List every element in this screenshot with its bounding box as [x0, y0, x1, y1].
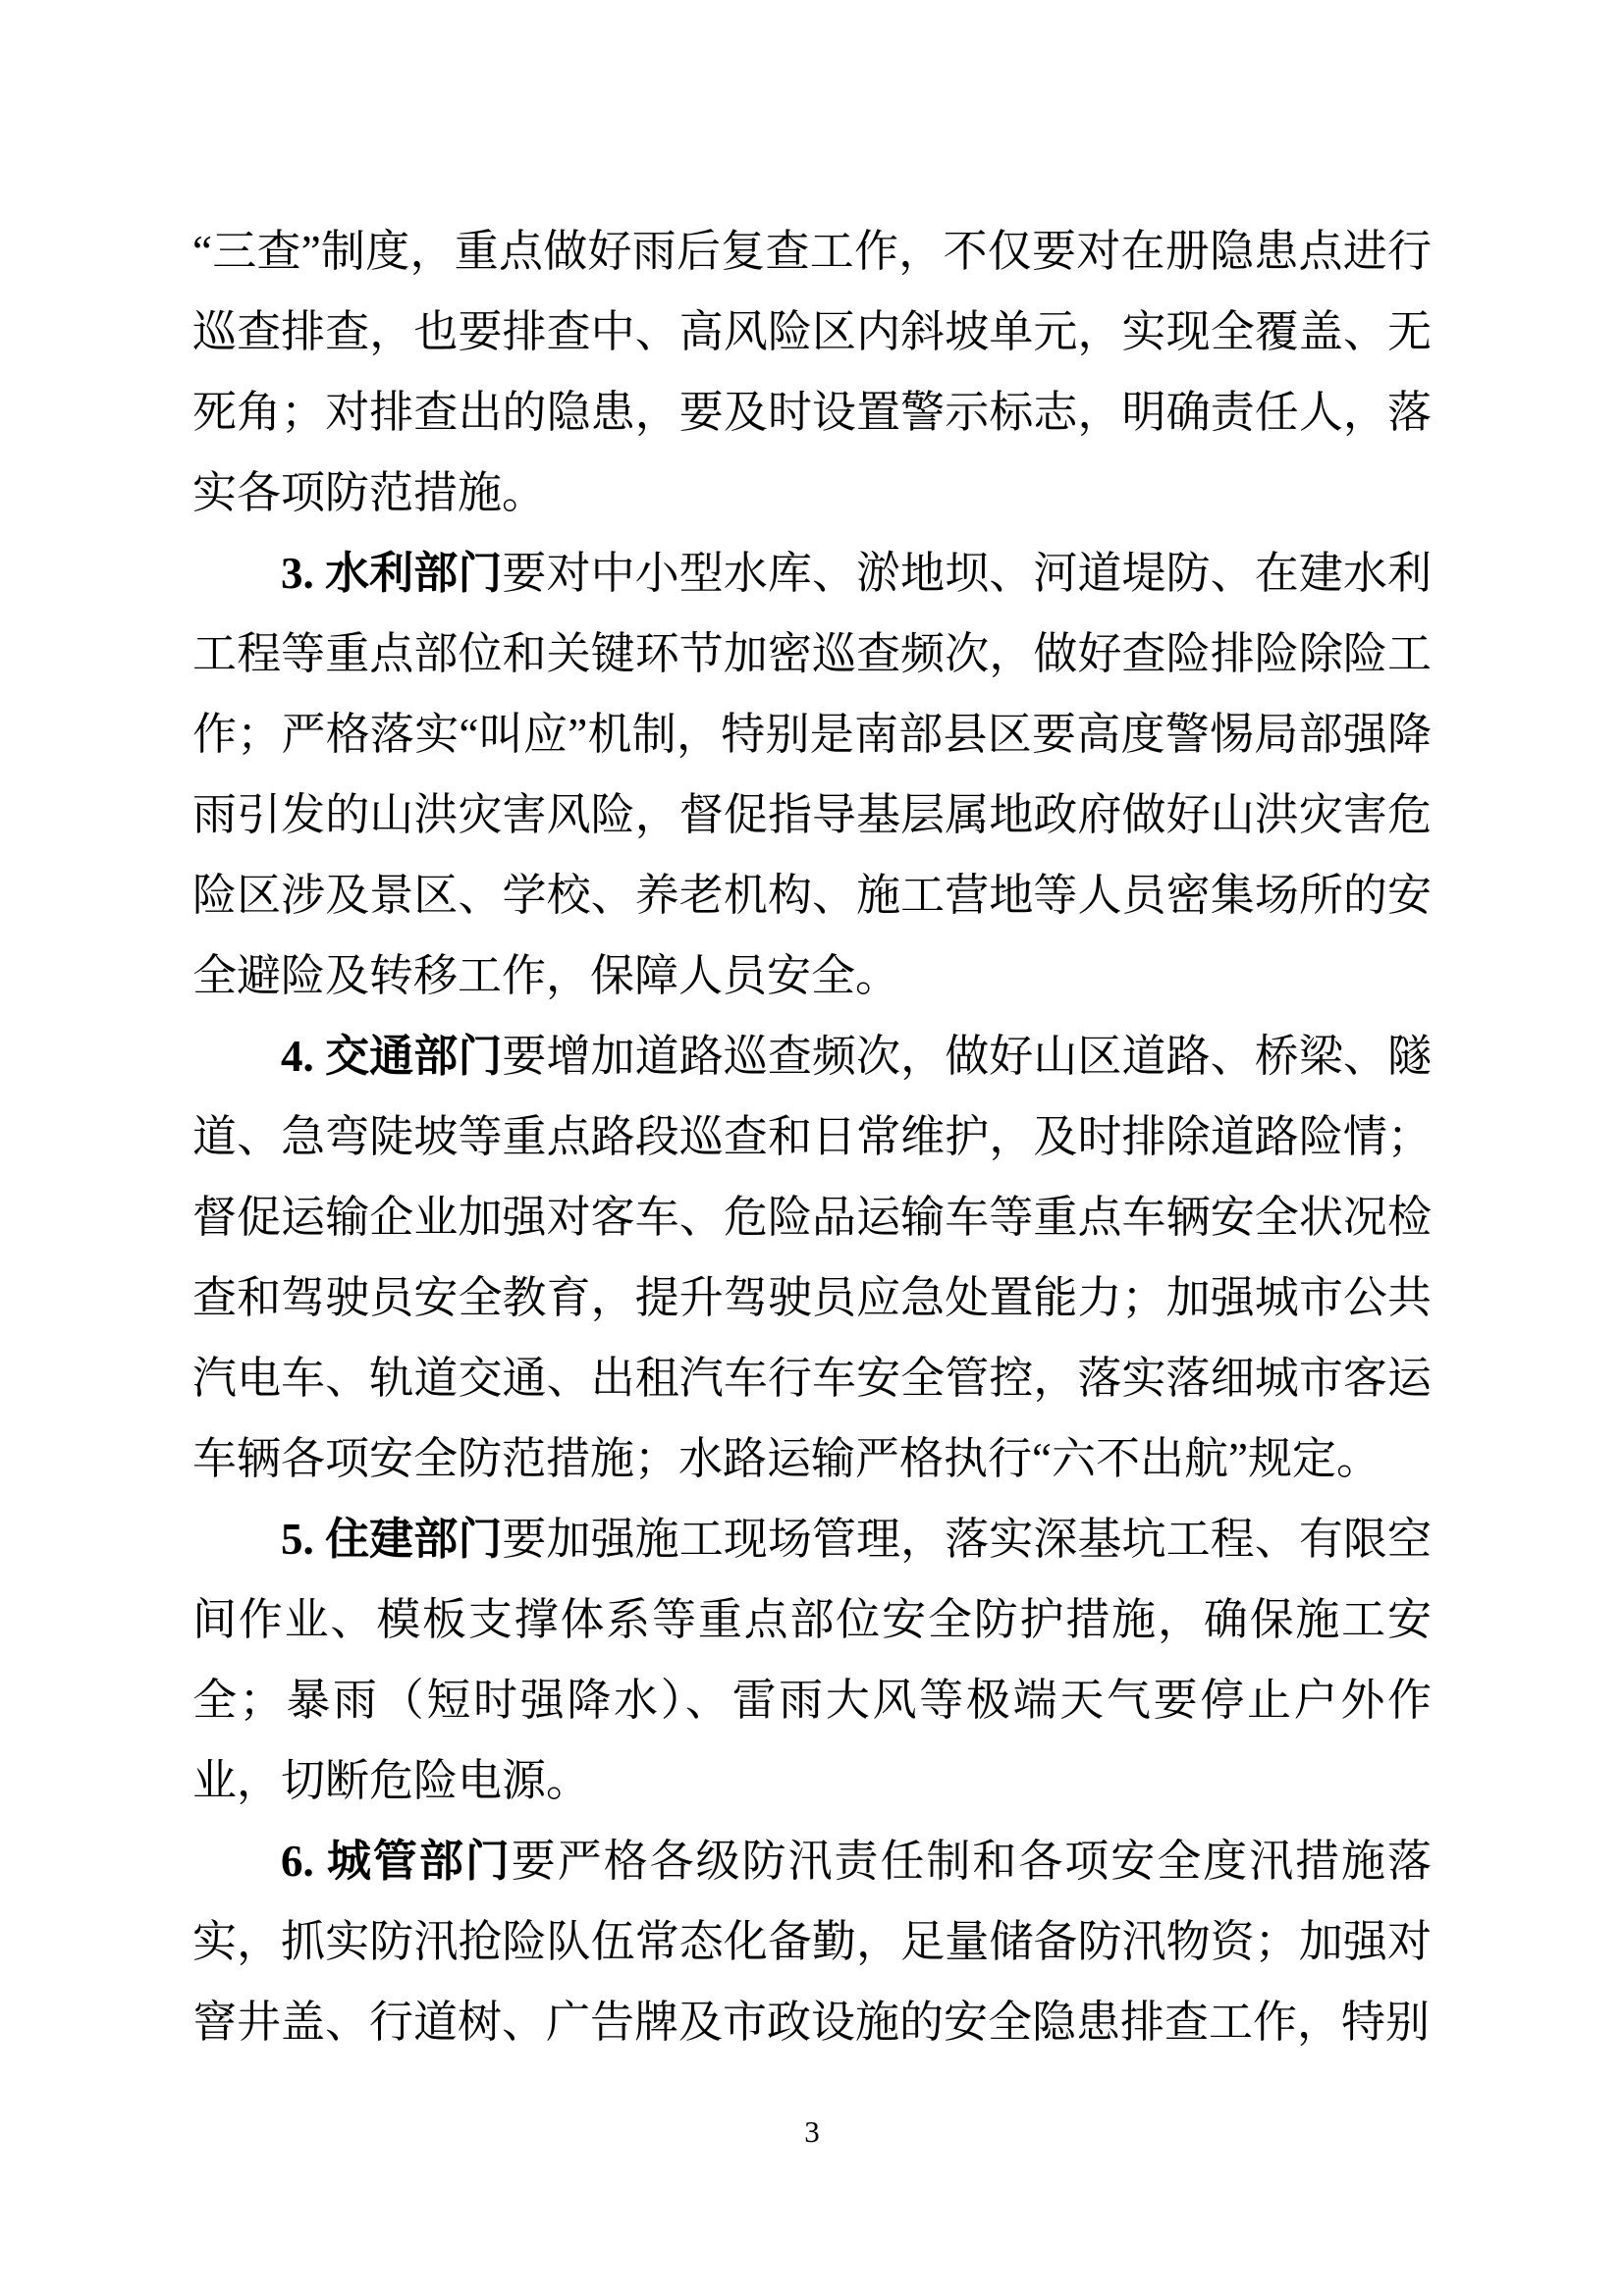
document-page: “三查”制度，重点做好雨后复查工作，不仅要对在册隐患点进行巡查排查，也要排查中、…	[0, 0, 1624, 2296]
paragraph-text: 要增加道路巡查频次，做好山区道路、桥梁、隧道、急弯陡坡等重点路段巡查和日常维护，…	[192, 1032, 1432, 1483]
department-lead: 城管部门	[325, 1836, 512, 1886]
paragraph-continuation: “三查”制度，重点做好雨后复查工作，不仅要对在册隐患点进行巡查排查，也要排查中、…	[192, 211, 1432, 533]
department-lead: 住建部门	[325, 1514, 502, 1564]
paragraph-text: 要对中小型水库、淤地坝、河道堤防、在建水利工程等重点部位和关键环节加密巡查频次，…	[192, 549, 1432, 1000]
document-body-text: “三查”制度，重点做好雨后复查工作，不仅要对在册隐患点进行巡查排查，也要排查中、…	[192, 211, 1432, 2062]
paragraph-number: 6.	[281, 1821, 325, 1901]
department-lead: 水利部门	[325, 548, 502, 598]
paragraph-text: “三查”制度，重点做好雨后复查工作，不仅要对在册隐患点进行巡查排查，也要排查中、…	[192, 227, 1432, 517]
paragraph-water-dept: 3.水利部门要对中小型水库、淤地坝、河道堤防、在建水利工程等重点部位和关键环节加…	[192, 533, 1432, 1016]
paragraph-housing-dept: 5.住建部门要加强施工现场管理，落实深基坑工程、有限空间作业、模板支撑体系等重点…	[192, 1499, 1432, 1821]
paragraph-number: 5.	[281, 1499, 325, 1579]
page-number: 3	[0, 2109, 1624, 2156]
paragraph-number: 3.	[281, 533, 325, 614]
paragraph-number: 4.	[281, 1016, 325, 1096]
paragraph-urban-mgmt-dept: 6.城管部门要严格各级防汛责任制和各项安全度汛措施落实，抓实防汛抢险队伍常态化备…	[192, 1821, 1432, 2062]
paragraph-transport-dept: 4.交通部门要增加道路巡查频次，做好山区道路、桥梁、隧道、急弯陡坡等重点路段巡查…	[192, 1016, 1432, 1499]
department-lead: 交通部门	[325, 1031, 502, 1081]
